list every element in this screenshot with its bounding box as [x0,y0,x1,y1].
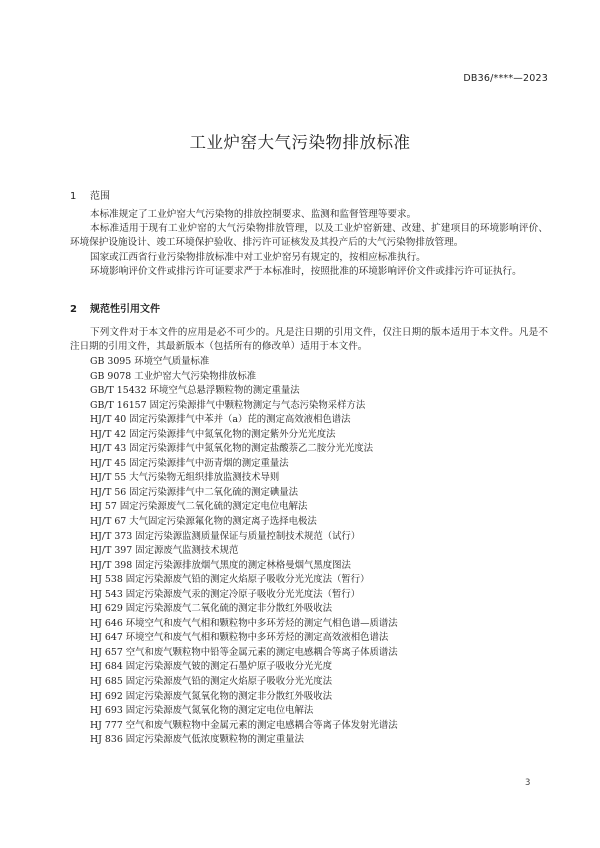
paragraph: 环境影响评价文件或排污许可证要求严于本标准时，按照批准的环境影响评价文件或排污许… [70,265,548,279]
paragraph: 国家或江西省行业污染物排放标准中对工业炉窑另有规定的，按相应标准执行。 [70,251,548,265]
reference-item: HJ 629 固定污染源废气二氧化硫的测定非分散红外吸收法 [90,602,398,617]
reference-item: GB/T 15432 环境空气总悬浮颗粒物的测定重量法 [90,384,398,399]
reference-item: HJ 685 固定污染源废气铅的测定火焰原子吸收分光光度法 [90,675,398,690]
reference-item: HJ/T 67 大气固定污染源氟化物的测定离子选择电极法 [90,515,398,530]
paragraph: 下列文件对于本文件的应用是必不可少的。凡是注日期的引用文件，仅注日期的版本适用于… [70,326,548,354]
reference-item: GB/T 16157 固定污染源排气中颗粒物测定与气态污染物采样方法 [90,399,398,414]
paragraph: 本标准规定了工业炉窑大气污染物的排放控制要求、监测和监督管理等要求。 [70,208,548,222]
reference-item: HJ/T 373 固定污染源监测质量保证与质量控制技术规范（试行） [90,530,398,545]
document-title: 工业炉窑大气污染物排放标准 [0,129,600,153]
reference-item: HJ 777 空气和废气颗粒物中金属元素的测定电感耦合等离子体发射光谱法 [90,719,398,734]
reference-item: HJ 647 环境空气和废气气相和颗粒物中多环芳烃的测定高效液相色谱法 [90,631,398,646]
reference-item: GB 9078 工业炉窑大气污染物排放标准 [90,370,398,385]
reference-item: HJ 836 固定污染源废气低浓度颗粒物的测定重量法 [90,733,398,748]
section-title: 规范性引用文件 [90,304,160,315]
reference-item: HJ/T 42 固定污染源排气中氮氧化物的测定紫外分光光度法 [90,428,398,443]
document-code: DB36/****—2023 [463,73,548,84]
reference-item: HJ 684 固定污染源废气铍的测定石墨炉原子吸收分光光度 [90,660,398,675]
section-body-scope: 本标准规定了工业炉窑大气污染物的排放控制要求、监测和监督管理等要求。 本标准适用… [70,208,548,279]
reference-item: HJ 646 环境空气和废气气相和颗粒物中多环芳烃的测定气相色谱—质谱法 [90,617,398,632]
page-number: 3 [525,778,530,788]
section-heading-scope: 1范围 [70,187,110,202]
reference-item: HJ 693 固定污染源废气氮氧化物的测定定电位电解法 [90,704,398,719]
reference-item: HJ 657 空气和废气颗粒物中铅等金属元素的测定电感耦合等离子体质谱法 [90,646,398,661]
reference-item: HJ/T 40 固定污染源排气中苯并（a）芘的测定高效液相色谱法 [90,413,398,428]
section-number: 1 [70,191,90,202]
reference-item: HJ 543 固定污染源废气汞的测定冷原子吸收分光光度法（暂行） [90,588,398,603]
reference-list: GB 3095 环境空气质量标准 GB 9078 工业炉窑大气污染物排放标准 G… [90,355,398,748]
reference-item: HJ 538 固定污染源废气铅的测定火焰原子吸收分光光度法（暂行） [90,573,398,588]
reference-item: HJ 57 固定污染源废气二氧化硫的测定定电位电解法 [90,500,398,515]
section-number: 2 [70,304,90,315]
section-body-references: 下列文件对于本文件的应用是必不可少的。凡是注日期的引用文件，仅注日期的版本适用于… [70,326,548,354]
reference-item: HJ/T 55 大气污染物无组织排放监测技术导则 [90,471,398,486]
reference-item: HJ/T 397 固定源废气监测技术规范 [90,544,398,559]
reference-item: HJ/T 398 固定污染源排放烟气黑度的测定林格曼烟气黑度图法 [90,559,398,574]
section-heading-normative-references: 2规范性引用文件 [70,300,160,315]
reference-item: HJ/T 45 固定污染源排气中沥青烟的测定重量法 [90,457,398,472]
reference-item: HJ/T 56 固定污染源排气中二氧化硫的测定碘量法 [90,486,398,501]
reference-item: GB 3095 环境空气质量标准 [90,355,398,370]
reference-item: HJ 692 固定污染源废气氮氧化物的测定非分散红外吸收法 [90,690,398,705]
section-title: 范围 [90,191,110,202]
paragraph: 本标准适用于现有工业炉窑的大气污染物排放管理，以及工业炉窑新建、改建、扩建项目的… [70,222,548,250]
reference-item: HJ/T 43 固定污染源排气中氮氧化物的测定盐酸萘乙二胺分光光度法 [90,442,398,457]
